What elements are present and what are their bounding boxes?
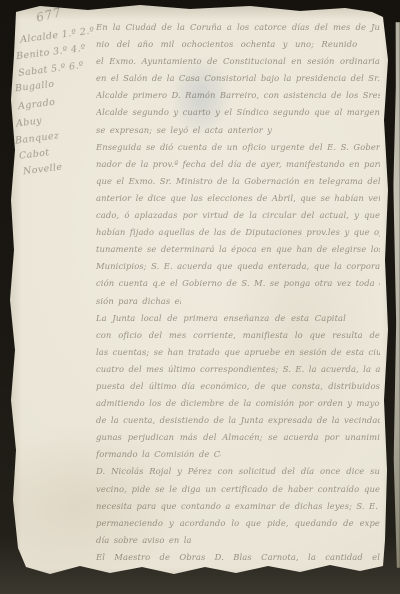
manuscript-line: en el Salón de la Casa Consistorial bajo…	[96, 70, 380, 87]
manuscript-line: puesta del último día económico, de que …	[96, 378, 380, 395]
manuscript-line: Enseguida se dió cuenta de un oficio urg…	[96, 139, 380, 156]
manuscript-line: Municipios; S. E. acuerda que queda ente…	[96, 258, 380, 275]
manuscript-line: día sobre aviso en la fábrica.	[96, 532, 193, 549]
margin-annotations: 677 Alcalde 1.º 2.º Benito 3.º 4.º Sabat…	[0, 0, 96, 230]
manuscript-line: tunamente se determinará la época en que…	[96, 241, 380, 258]
manuscript-line: nador de la prov.ª fecha del día de ayer…	[96, 156, 380, 173]
manuscript-line: formando la Comisión de Contabilidad.	[96, 446, 221, 463]
manuscript-line: D. Nicolás Rojal y Pérez con solicitud d…	[96, 463, 380, 480]
margin-name: Bugallo	[14, 79, 54, 95]
manuscript-line: Alcalde primero D. Ramón Barreiro, con a…	[96, 87, 380, 104]
margin-name: Abuy	[15, 115, 42, 129]
manuscript-line: Alcalde segundo y cuarto y el Síndico se…	[96, 104, 380, 121]
manuscript-line: admitiendo los de diciembre de la comisi…	[96, 395, 380, 412]
manuscript-line: que el Exmo. Sr. Ministro de la Gobernac…	[96, 173, 380, 190]
manuscript-line: permaneciendo y acordando lo que pide, q…	[96, 515, 380, 532]
manuscript-line: El Maestro de Obras D. Blas Carnota, la …	[96, 549, 380, 566]
manuscript-line: anterior le dice que las elecciones de A…	[96, 190, 380, 207]
manuscript-line: ción cuenta q.e el Gobierno de S. M. se …	[96, 275, 380, 292]
manuscript-line: se expresan; se leyó el acta anterior y …	[96, 122, 272, 139]
manuscript-line: En la Ciudad de la Coruña a los catorce …	[96, 19, 380, 36]
margin-name: Sabat 5.º 6.º	[18, 60, 85, 79]
manuscript-line: gunas perjudican más del Almacén; se acu…	[96, 429, 380, 446]
manuscript-line: cado, ó aplazadas por virtud de la circu…	[96, 207, 380, 224]
adjacent-page-edge	[393, 22, 400, 568]
manuscript-line: necesita para que contando a examinar de…	[96, 498, 380, 515]
manuscript-page: 677 Alcalde 1.º 2.º Benito 3.º 4.º Sabat…	[0, 0, 400, 594]
manuscript-line: el Exmo. Ayuntamiento de Constitucional …	[96, 53, 380, 70]
manuscript-line: vecino, pide se le diga un certificado d…	[96, 481, 380, 498]
manuscript-body: En la Ciudad de la Coruña a los catorce …	[96, 19, 380, 566]
manuscript-line: nio del año mil ochocientos ochenta y un…	[96, 36, 357, 53]
manuscript-line: con oficio del mes corriente, manifiesta…	[96, 327, 380, 344]
manuscript-line: habían fijado aquellas de las de Diputac…	[96, 224, 380, 241]
manuscript-line: cuatro del mes último correspondientes; …	[96, 361, 380, 378]
manuscript-scan: 677 Alcalde 1.º 2.º Benito 3.º 4.º Sabat…	[0, 0, 400, 594]
margin-name: Agrado	[17, 97, 55, 112]
manuscript-line: La Junta local de primera enseñanza de e…	[96, 310, 346, 327]
manuscript-line: las cuentas; se han tratado que apruebe …	[96, 344, 380, 361]
margin-name: Benito 3.º 4.º	[16, 43, 87, 62]
folio-number: 677	[35, 5, 64, 25]
margin-name: Novelle	[22, 162, 63, 178]
margin-name: Cabot	[18, 147, 50, 162]
manuscript-line: sión para dichas elecciones.	[96, 293, 181, 310]
margin-name: Banquez	[14, 130, 59, 146]
manuscript-line: de la cuenta, desistiendo de la Junta ex…	[96, 412, 380, 429]
